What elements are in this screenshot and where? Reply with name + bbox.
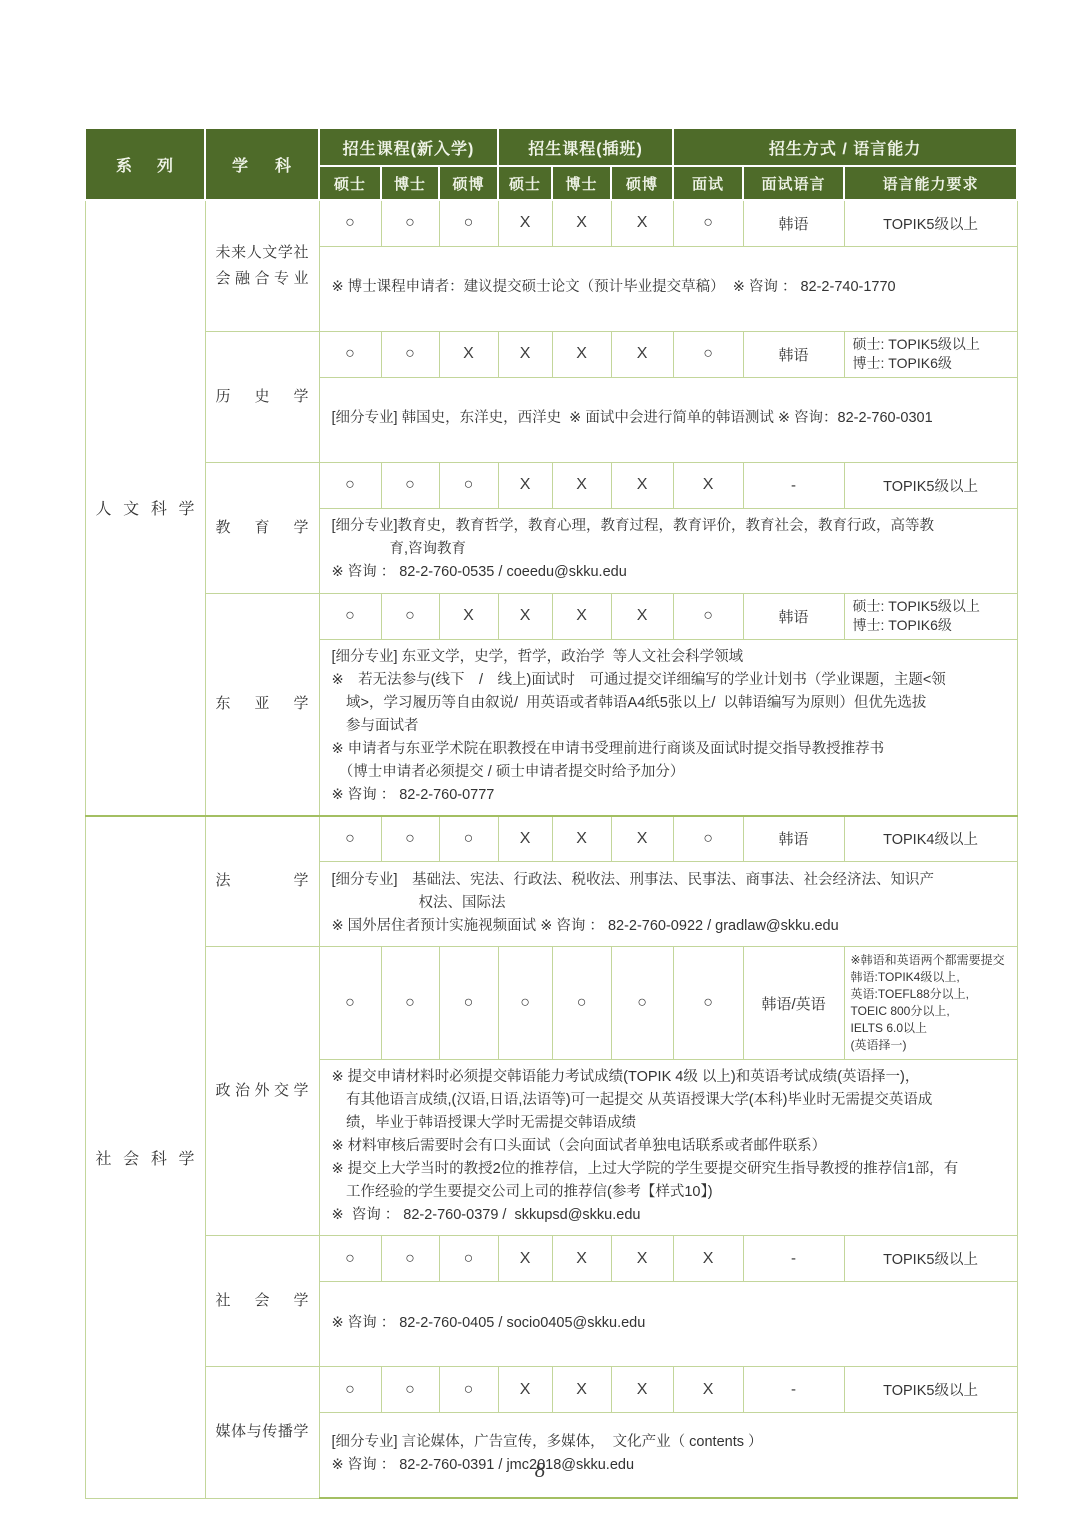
mark-cell: ○	[439, 1236, 498, 1282]
requirement-line: 韩语:TOPIK4级以上,	[851, 969, 1013, 986]
language-requirement-cell: TOPIK4级以上	[844, 816, 1017, 862]
subject-marks-row: 社 会 学○○○XXXX-TOPIK5级以上	[85, 1236, 1017, 1282]
header-group-method-language: 招生方式 / 语言能力	[673, 128, 1017, 166]
note-line: （博士申请者必须提交 / 硕士申请者提交时给予加分）	[332, 761, 1009, 784]
mark-cell: X	[611, 1236, 673, 1282]
mark-cell: X	[498, 331, 552, 377]
requirement-line: 硕士: TOPIK5级以上	[853, 597, 1016, 616]
subject-cell: 未来人文学社会融合专业	[205, 200, 319, 331]
note-line: ※ 提交上大学当时的教授2位的推荐信，上过大学院的学生要提交研究生指导教授的推荐…	[332, 1158, 1009, 1181]
note-line: 域>，学习履历等自由叙说/ 用英语或者韩语A4纸5张以上/ 以韩语编写为原则）但…	[332, 692, 1009, 715]
mark-cell: X	[552, 1367, 611, 1413]
requirement-line: TOPIK5级以上	[846, 1248, 1016, 1269]
admissions-table: 系 列 学 科 招生课程(新入学) 招生课程(插班) 招生方式 / 语言能力 硕…	[84, 127, 1018, 1499]
table-header: 系 列 学 科 招生课程(新入学) 招生课程(插班) 招生方式 / 语言能力 硕…	[85, 128, 1017, 200]
note-line: [细分专业] 言论媒体，广告宣传，多媒体， 文化产业（ contents ）	[332, 1431, 1009, 1454]
mark-cell: X	[673, 1367, 743, 1413]
note-cell: [细分专业] 东亚文学，史学，哲学，政治学 等人文社会科学领域※ 若无法参与(线…	[319, 639, 1017, 816]
mark-cell: ○	[319, 947, 381, 1060]
mark-cell: ○	[381, 947, 439, 1060]
requirement-line: 硕士: TOPIK5级以上	[853, 335, 1016, 354]
note-line: 有其他语言成绩,(汉语,日语,法语等)可一起提交 从英语授课大学(本科)毕业时无…	[332, 1089, 1009, 1112]
mark-cell: X	[673, 1236, 743, 1282]
interview-language-cell: -	[743, 1236, 844, 1282]
header-doctor-transfer: 博士	[552, 166, 611, 200]
mark-cell: ○	[439, 816, 498, 862]
mark-cell: X	[552, 1236, 611, 1282]
requirement-line: TOEIC 800分以上,	[851, 1003, 1013, 1020]
mark-cell: ○	[381, 816, 439, 862]
language-requirement-cell: ※韩语和英语两个都需要提交韩语:TOPIK4级以上,英语:TOEFL88分以上,…	[844, 947, 1017, 1060]
requirement-line: 博士: TOPIK6级	[853, 354, 1016, 373]
requirement-line: TOPIK5级以上	[846, 213, 1016, 234]
mark-cell: X	[552, 462, 611, 508]
note-cell: ※ 提交申请材料时必须提交韩语能力考试成绩(TOPIK 4级 以上)和英语考试成…	[319, 1060, 1017, 1236]
mark-cell: ○	[552, 947, 611, 1060]
header-group-new-admission: 招生课程(新入学)	[319, 128, 498, 166]
mark-cell: X	[611, 462, 673, 508]
mark-cell: ○	[381, 593, 439, 639]
subject-cell: 教 育 学	[205, 462, 319, 593]
note-line: [细分专业] 东亚文学，史学，哲学，政治学 等人文社会科学领域	[332, 646, 1009, 669]
note-line: [细分专业]教育史，教育哲学，教育心理，教育过程，教育评价，教育社会，教育行政，…	[332, 515, 1009, 538]
mark-cell: ○	[611, 947, 673, 1060]
header-group-transfer: 招生课程(插班)	[498, 128, 673, 166]
note-line: [细分专业] 韩国史，东洋史，西洋史 ※ 面试中会进行简单的韩语测试 ※ 咨询：…	[332, 407, 1009, 430]
subject-cell: 政 治 外 交 学	[205, 947, 319, 1236]
mark-cell: ○	[319, 200, 381, 246]
note-line: ※ 材料审核后需要时会有口头面试（会向面试者单独电话联系或者邮件联系）	[332, 1135, 1009, 1158]
mark-cell: X	[552, 200, 611, 246]
interview-language-cell: -	[743, 1367, 844, 1413]
subject-marks-row: 人 文 科 学未来人文学社会融合专业○○○XXX○韩语TOPIK5级以上	[85, 200, 1017, 246]
mark-cell: X	[498, 816, 552, 862]
mark-cell: ○	[439, 200, 498, 246]
interview-language-cell: 韩语	[743, 593, 844, 639]
subject-marks-row: 媒体与传播学○○○XXXX-TOPIK5级以上	[85, 1367, 1017, 1413]
subject-marks-row: 社 会 科 学法 学○○○XXX○韩语TOPIK4级以上	[85, 816, 1017, 862]
mark-cell: ○	[319, 462, 381, 508]
mark-cell: X	[439, 331, 498, 377]
mark-cell: ○	[673, 200, 743, 246]
note-cell: [细分专业] 基础法、宪法、行政法、税收法、刑事法、民事法、商事法、社会经济法、…	[319, 862, 1017, 947]
subject-cell: 东 亚 学	[205, 593, 319, 816]
mark-cell: X	[498, 1236, 552, 1282]
header-interview-language: 面试语言	[743, 166, 844, 200]
mark-cell: X	[552, 331, 611, 377]
mark-cell: ○	[673, 593, 743, 639]
header-combined-new: 硕博	[439, 166, 498, 200]
header-master-transfer: 硕士	[498, 166, 552, 200]
note-cell: [细分专业] 韩国史，东洋史，西洋史 ※ 面试中会进行简单的韩语测试 ※ 咨询：…	[319, 377, 1017, 462]
mark-cell: ○	[319, 1367, 381, 1413]
mark-cell: ○	[498, 947, 552, 1060]
note-line: ※ 提交申请材料时必须提交韩语能力考试成绩(TOPIK 4级 以上)和英语考试成…	[332, 1066, 1009, 1089]
mark-cell: X	[498, 593, 552, 639]
note-line: ※ 国外居住者预计实施视频面试 ※ 咨询 ： 82-2-760-0922 / g…	[332, 915, 1009, 938]
header-doctor-new: 博士	[381, 166, 439, 200]
subject-cell: 法 学	[205, 816, 319, 947]
note-cell: ※ 咨询 ： 82-2-760-0405 / socio0405@skku.ed…	[319, 1282, 1017, 1367]
mark-cell: X	[439, 593, 498, 639]
language-requirement-cell: TOPIK5级以上	[844, 1367, 1017, 1413]
requirement-line: 英语:TOEFL88分以上,	[851, 986, 1013, 1003]
header-subject: 学 科	[205, 128, 319, 200]
mark-cell: ○	[319, 1236, 381, 1282]
interview-language-cell: 韩语	[743, 816, 844, 862]
series-cell: 社 会 科 学	[85, 816, 205, 1499]
page-number: 8	[0, 1458, 1080, 1483]
requirement-line: TOPIK5级以上	[846, 1379, 1016, 1400]
note-line: ※ 咨询 ： 82-2-760-0535 / coeedu@skku.edu	[332, 561, 1009, 584]
note-line: 育,咨询教育	[332, 538, 1009, 561]
note-cell: ※ 博士课程申请者：建议提交硕士论文（预计毕业提交草稿） ※ 咨询 ： 82-2…	[319, 246, 1017, 331]
requirement-line: TOPIK5级以上	[846, 475, 1016, 496]
note-line: 工作经验的学生要提交公司上司的推荐信(参考【样式10】)	[332, 1181, 1009, 1204]
subject-marks-row: 教 育 学○○○XXXX-TOPIK5级以上	[85, 462, 1017, 508]
mark-cell: ○	[673, 331, 743, 377]
note-line: 参与面试者	[332, 715, 1009, 738]
mark-cell: ○	[381, 1367, 439, 1413]
note-line: ※ 申请者与东亚学术院在职教授在申请书受理前进行商谈及面试时提交指导教授推荐书	[332, 738, 1009, 761]
mark-cell: ○	[319, 593, 381, 639]
requirement-line: TOPIK4级以上	[846, 828, 1016, 849]
mark-cell: ○	[381, 331, 439, 377]
language-requirement-cell: TOPIK5级以上	[844, 1236, 1017, 1282]
mark-cell: X	[611, 331, 673, 377]
interview-language-cell: 韩语/英语	[743, 947, 844, 1060]
subject-marks-row: 历 史 学○○XXXX○韩语硕士: TOPIK5级以上博士: TOPIK6级	[85, 331, 1017, 377]
mark-cell: ○	[319, 331, 381, 377]
note-cell: [细分专业]教育史，教育哲学，教育心理，教育过程，教育评价，教育社会，教育行政，…	[319, 508, 1017, 593]
note-line: ※ 若无法参与(线下 / 线上)面试时 可通过提交详细编写的学业计划书（学业课题…	[332, 669, 1009, 692]
requirement-line: ※韩语和英语两个都需要提交	[851, 952, 1013, 969]
mark-cell: ○	[673, 816, 743, 862]
mark-cell: ○	[439, 462, 498, 508]
mark-cell: X	[673, 462, 743, 508]
mark-cell: X	[498, 462, 552, 508]
subject-marks-row: 政 治 外 交 学○○○○○○○韩语/英语※韩语和英语两个都需要提交韩语:TOP…	[85, 947, 1017, 1060]
interview-language-cell: 韩语	[743, 200, 844, 246]
note-cell: [细分专业] 言论媒体，广告宣传，多媒体， 文化产业（ contents ）※ …	[319, 1413, 1017, 1499]
language-requirement-cell: 硕士: TOPIK5级以上博士: TOPIK6级	[844, 593, 1017, 639]
note-line: 绩，毕业于韩语授课大学时无需提交韩语成绩	[332, 1112, 1009, 1135]
mark-cell: X	[552, 816, 611, 862]
mark-cell: X	[611, 1367, 673, 1413]
note-line: [细分专业] 基础法、宪法、行政法、税收法、刑事法、民事法、商事法、社会经济法、…	[332, 869, 1009, 892]
mark-cell: X	[498, 1367, 552, 1413]
mark-cell: ○	[381, 1236, 439, 1282]
note-line: ※ 咨询 ： 82-2-760-0777	[332, 784, 1009, 807]
note-line: ※ 博士课程申请者：建议提交硕士论文（预计毕业提交草稿） ※ 咨询 ： 82-2…	[332, 276, 1009, 299]
note-line: ※ 咨询 ： 82-2-760-0405 / socio0405@skku.ed…	[332, 1312, 1009, 1335]
note-line: ※ 咨询 ： 82-2-760-0379 / skkupsd@skku.edu	[332, 1204, 1009, 1227]
header-language-requirement: 语言能力要求	[844, 166, 1017, 200]
requirement-line: IELTS 6.0以上	[851, 1020, 1013, 1037]
language-requirement-cell: TOPIK5级以上	[844, 200, 1017, 246]
mark-cell: ○	[673, 947, 743, 1060]
series-cell: 人 文 科 学	[85, 200, 205, 816]
mark-cell: X	[611, 593, 673, 639]
mark-cell: ○	[439, 947, 498, 1060]
mark-cell: ○	[319, 816, 381, 862]
subject-cell: 社 会 学	[205, 1236, 319, 1367]
mark-cell: X	[498, 200, 552, 246]
header-interview: 面试	[673, 166, 743, 200]
mark-cell: X	[611, 200, 673, 246]
header-series: 系 列	[85, 128, 205, 200]
document-page: 系 列 学 科 招生课程(新入学) 招生课程(插班) 招生方式 / 语言能力 硕…	[0, 0, 1080, 1527]
requirement-line: 博士: TOPIK6级	[853, 616, 1016, 635]
language-requirement-cell: TOPIK5级以上	[844, 462, 1017, 508]
mark-cell: ○	[381, 462, 439, 508]
admissions-table-wrap: 系 列 学 科 招生课程(新入学) 招生课程(插班) 招生方式 / 语言能力 硕…	[84, 127, 1016, 1499]
requirement-line: (英语择一)	[851, 1037, 1013, 1054]
subject-marks-row: 东 亚 学○○XXXX○韩语硕士: TOPIK5级以上博士: TOPIK6级	[85, 593, 1017, 639]
interview-language-cell: -	[743, 462, 844, 508]
note-line: 权法、国际法	[332, 892, 1009, 915]
header-combined-transfer: 硕博	[611, 166, 673, 200]
table-body: 人 文 科 学未来人文学社会融合专业○○○XXX○韩语TOPIK5级以上※ 博士…	[85, 200, 1017, 1498]
header-master-new: 硕士	[319, 166, 381, 200]
mark-cell: ○	[439, 1367, 498, 1413]
subject-cell: 历 史 学	[205, 331, 319, 462]
interview-language-cell: 韩语	[743, 331, 844, 377]
language-requirement-cell: 硕士: TOPIK5级以上博士: TOPIK6级	[844, 331, 1017, 377]
mark-cell: X	[552, 593, 611, 639]
mark-cell: X	[611, 816, 673, 862]
mark-cell: ○	[381, 200, 439, 246]
